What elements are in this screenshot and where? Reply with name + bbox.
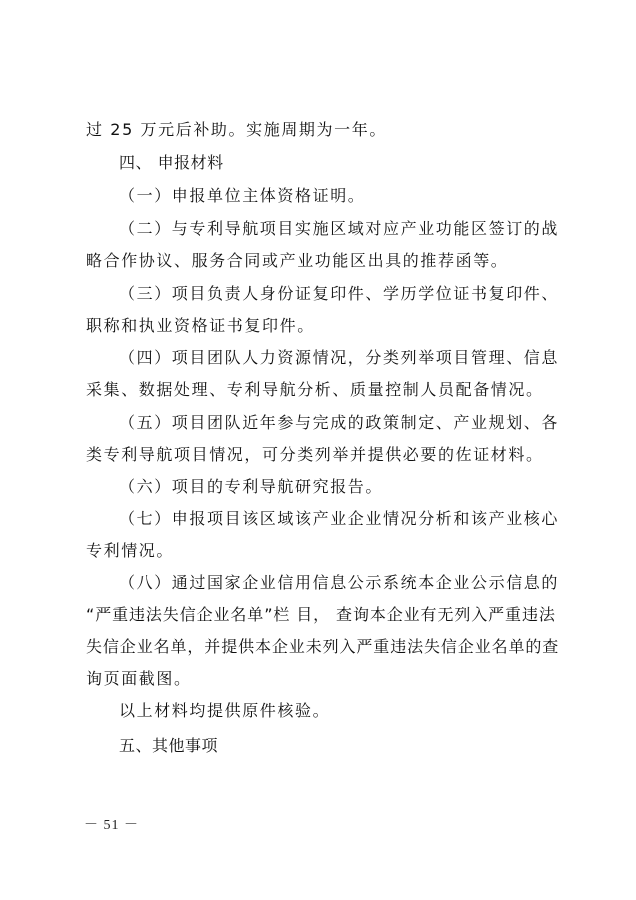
list-item-1: （一）申报单位主体资格证明。 <box>119 186 589 206</box>
list-item-7-continued: 专利情况。 <box>86 541 556 561</box>
verification-note: 以上材料均提供原件核验。 <box>119 701 589 721</box>
list-item-5-continued: 类专利导航项目情况，可分类列举并提供必要的佐证材料。 <box>86 445 556 465</box>
list-item-3-continued: 职称和执业资格证书复印件。 <box>86 316 556 336</box>
list-item-8: （八）通过国家企业信用信息公示系统本企业公示信息的 <box>119 573 589 593</box>
page-number: － 51 － <box>84 814 139 834</box>
list-item-8-continued-3: 询页面截图。 <box>86 669 556 689</box>
section-heading-other-matters: 五、其他事项 <box>119 736 589 756</box>
document-page: 过 25 万元后补助。实施周期为一年。 四、 申报材料 （一）申报单位主体资格证… <box>0 0 636 900</box>
list-item-4-continued: 采集、数据处理、专利导航分析、质量控制人员配备情况。 <box>86 380 556 400</box>
list-item-5: （五）项目团队近年参与完成的政策制定、产业规划、各 <box>119 413 589 433</box>
list-item-8-continued-1: “严重违法失信企业名单”栏 目， 查询本企业有无列入严重违法 <box>86 605 556 625</box>
list-item-2-continued: 略合作协议、服务合同或产业功能区出具的推荐函等。 <box>86 251 556 271</box>
list-item-7: （七）申报项目该区域该产业企业情况分析和该产业核心 <box>119 509 589 529</box>
list-item-4: （四）项目团队人力资源情况，分类列举项目管理、信息 <box>119 348 589 368</box>
section-heading-materials: 四、 申报材料 <box>119 153 589 173</box>
list-item-8-continued-2: 失信企业名单，并提供本企业未列入严重违法失信企业名单的查 <box>86 637 556 657</box>
body-text-line: 过 25 万元后补助。实施周期为一年。 <box>86 120 556 140</box>
list-item-3: （三）项目负责人身份证复印件、学历学位证书复印件、 <box>119 284 589 304</box>
list-item-6: （六）项目的专利导航研究报告。 <box>119 477 589 497</box>
list-item-2: （二）与专利导航项目实施区域对应产业功能区签订的战 <box>119 219 589 239</box>
